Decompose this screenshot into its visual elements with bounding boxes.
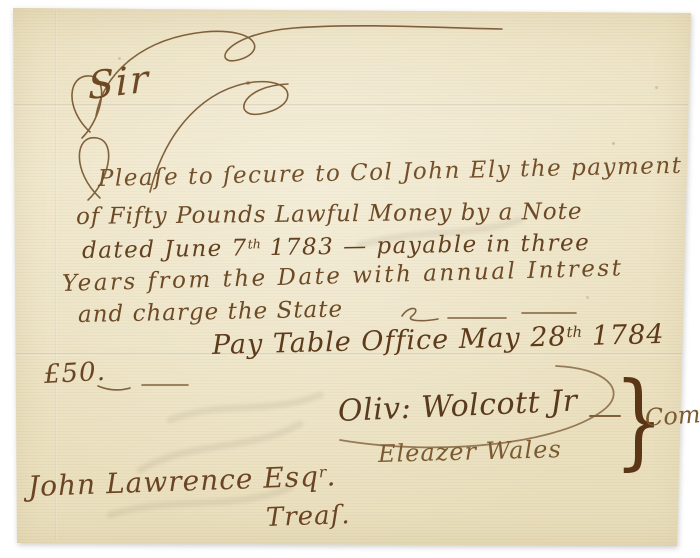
committee-label: Comtee [644,399,700,432]
foxing-speck [655,86,658,89]
body-line-2: of Fifty Pounds Lawful Money by a Note [76,199,583,230]
body-line-3-pre: dated June 7 [82,235,248,264]
dateline-post: 1784 [582,319,665,352]
scanned-manuscript-document: Sir Pleaſe to ſecure to Col John Ely the… [0,0,700,558]
foxing-speck [586,296,589,299]
foxing-speck [246,81,250,85]
body-line-2-text: of Fifty Pounds Lawful Money by a Note [76,199,583,230]
salutation-text: Sir [88,56,151,108]
body-line-3-post: 1783 — payable in three [261,230,591,261]
body-line-3-superscript: th [248,236,261,251]
signature-eleazer-wales: Eleazer Wales [378,435,562,468]
body-line-5-text: and charge the State [78,296,344,328]
addressee-title: Treaſ. [265,500,351,533]
fold-crease-vertical [55,10,57,540]
addressee-title-text: Treaſ. [265,500,351,533]
signature-eleazer-wales-text: Eleazer Wales [378,435,562,468]
addressee-post: . [326,459,337,492]
foxing-speck [612,142,615,145]
amount-text: £50. [43,357,106,390]
dateline-superscript: th [566,323,582,341]
body-line-5: and charge the State [78,296,344,328]
salutation: Sir [88,56,151,108]
amount-figure: £50. [43,357,106,390]
committee-label-pre: Com [644,400,700,432]
